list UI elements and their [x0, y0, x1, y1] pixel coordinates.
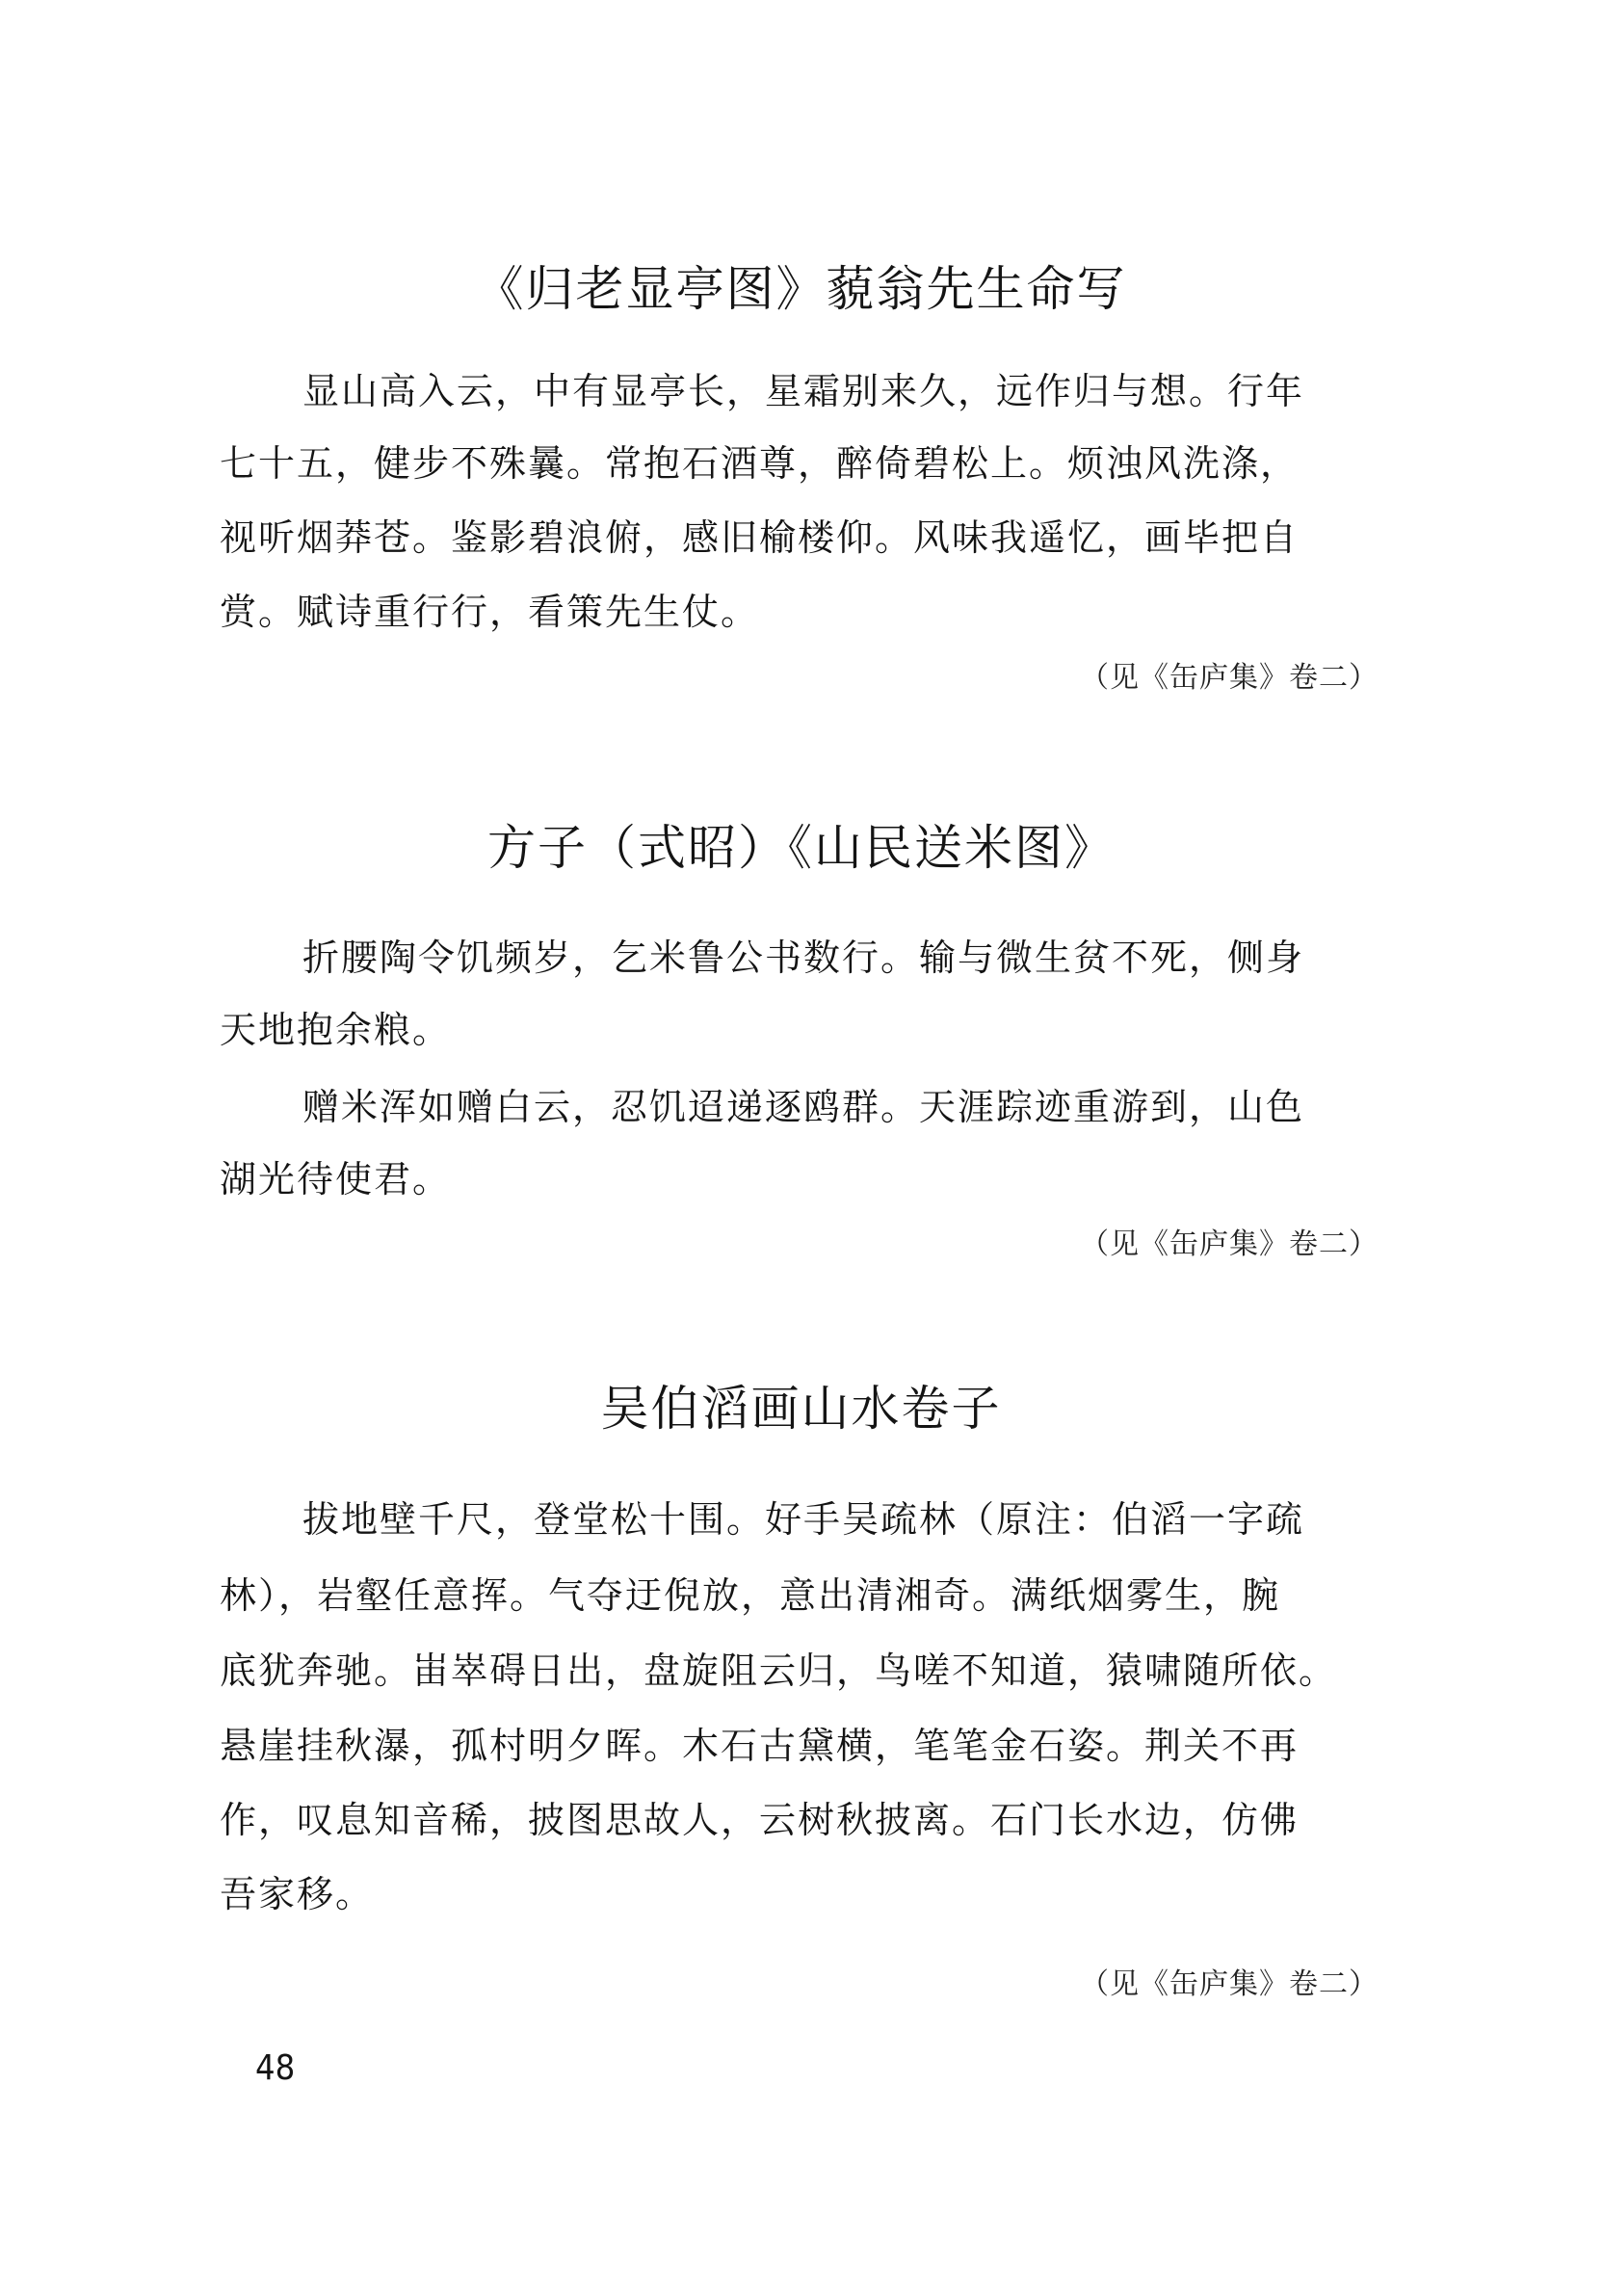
- poem-line: 悬崖挂秋瀑，孤村明夕晖。木石古黛横，笔笔金石姿。荆关不再: [220, 1723, 1405, 1769]
- source-citation: （见《缶庐集》卷二）: [1080, 659, 1379, 698]
- source-citation: （见《缶庐集》卷二）: [1080, 1226, 1379, 1264]
- poem-line: 林），岩壑任意挥。气夺迂倪放，意出清湘奇。满纸烟雾生，腕: [220, 1572, 1405, 1619]
- page-number: 48: [255, 2047, 295, 2090]
- poem-line: 底犹奔驰。峀崒碍日出，盘旋阻云归，鸟嗟不知道，猿啸随所依。: [220, 1648, 1405, 1694]
- poem-line: 湖光待使君。: [220, 1156, 1405, 1202]
- poem-line: 赏。赋诗重行行，看策先生仗。: [220, 589, 1405, 635]
- poem-line: 吾家移。: [220, 1871, 1405, 1917]
- book-page: 《归老显亭图》藐翁先生命写 显山高入云，中有显亭长，星霜别来久，远作归与想。行年…: [0, 0, 1602, 2296]
- poem-line: 视听烟莽苍。鉴影碧浪俯，感旧榆楼仰。风味我遥忆，画毕把自: [220, 515, 1405, 561]
- section-title: 吴伯滔画山水卷子: [0, 1380, 1602, 1438]
- poem-line: 天地抱余粮。: [220, 1007, 1405, 1053]
- poem-line: 七十五，健步不殊曩。常抱石酒尊，醉倚碧松上。烦浊风洗涤，: [220, 440, 1405, 487]
- poem-line: 折腰陶令饥频岁，乞米鲁公书数行。输与微生贫不死，侧身: [302, 935, 1405, 981]
- section-title: 方子（式昭）《山民送米图》: [0, 819, 1602, 877]
- section-title: 《归老显亭图》藐翁先生命写: [0, 260, 1602, 318]
- poem-line: 显山高入云，中有显亭长，星霜别来久，远作归与想。行年: [302, 368, 1405, 414]
- poem-line: 赠米浑如赠白云，忍饥迢递逐鸥群。天涯踪迹重游到，山色: [302, 1084, 1405, 1130]
- source-citation: （见《缶庐集》卷二）: [1080, 1966, 1379, 2004]
- poem-line: 作，叹息知音稀，披图思故人，云树秋披离。石门长水边，仿佛: [220, 1797, 1405, 1843]
- poem-line: 拔地壁千尺，登堂松十围。好手吴疏林（原注：伯滔一字疏: [302, 1496, 1405, 1543]
